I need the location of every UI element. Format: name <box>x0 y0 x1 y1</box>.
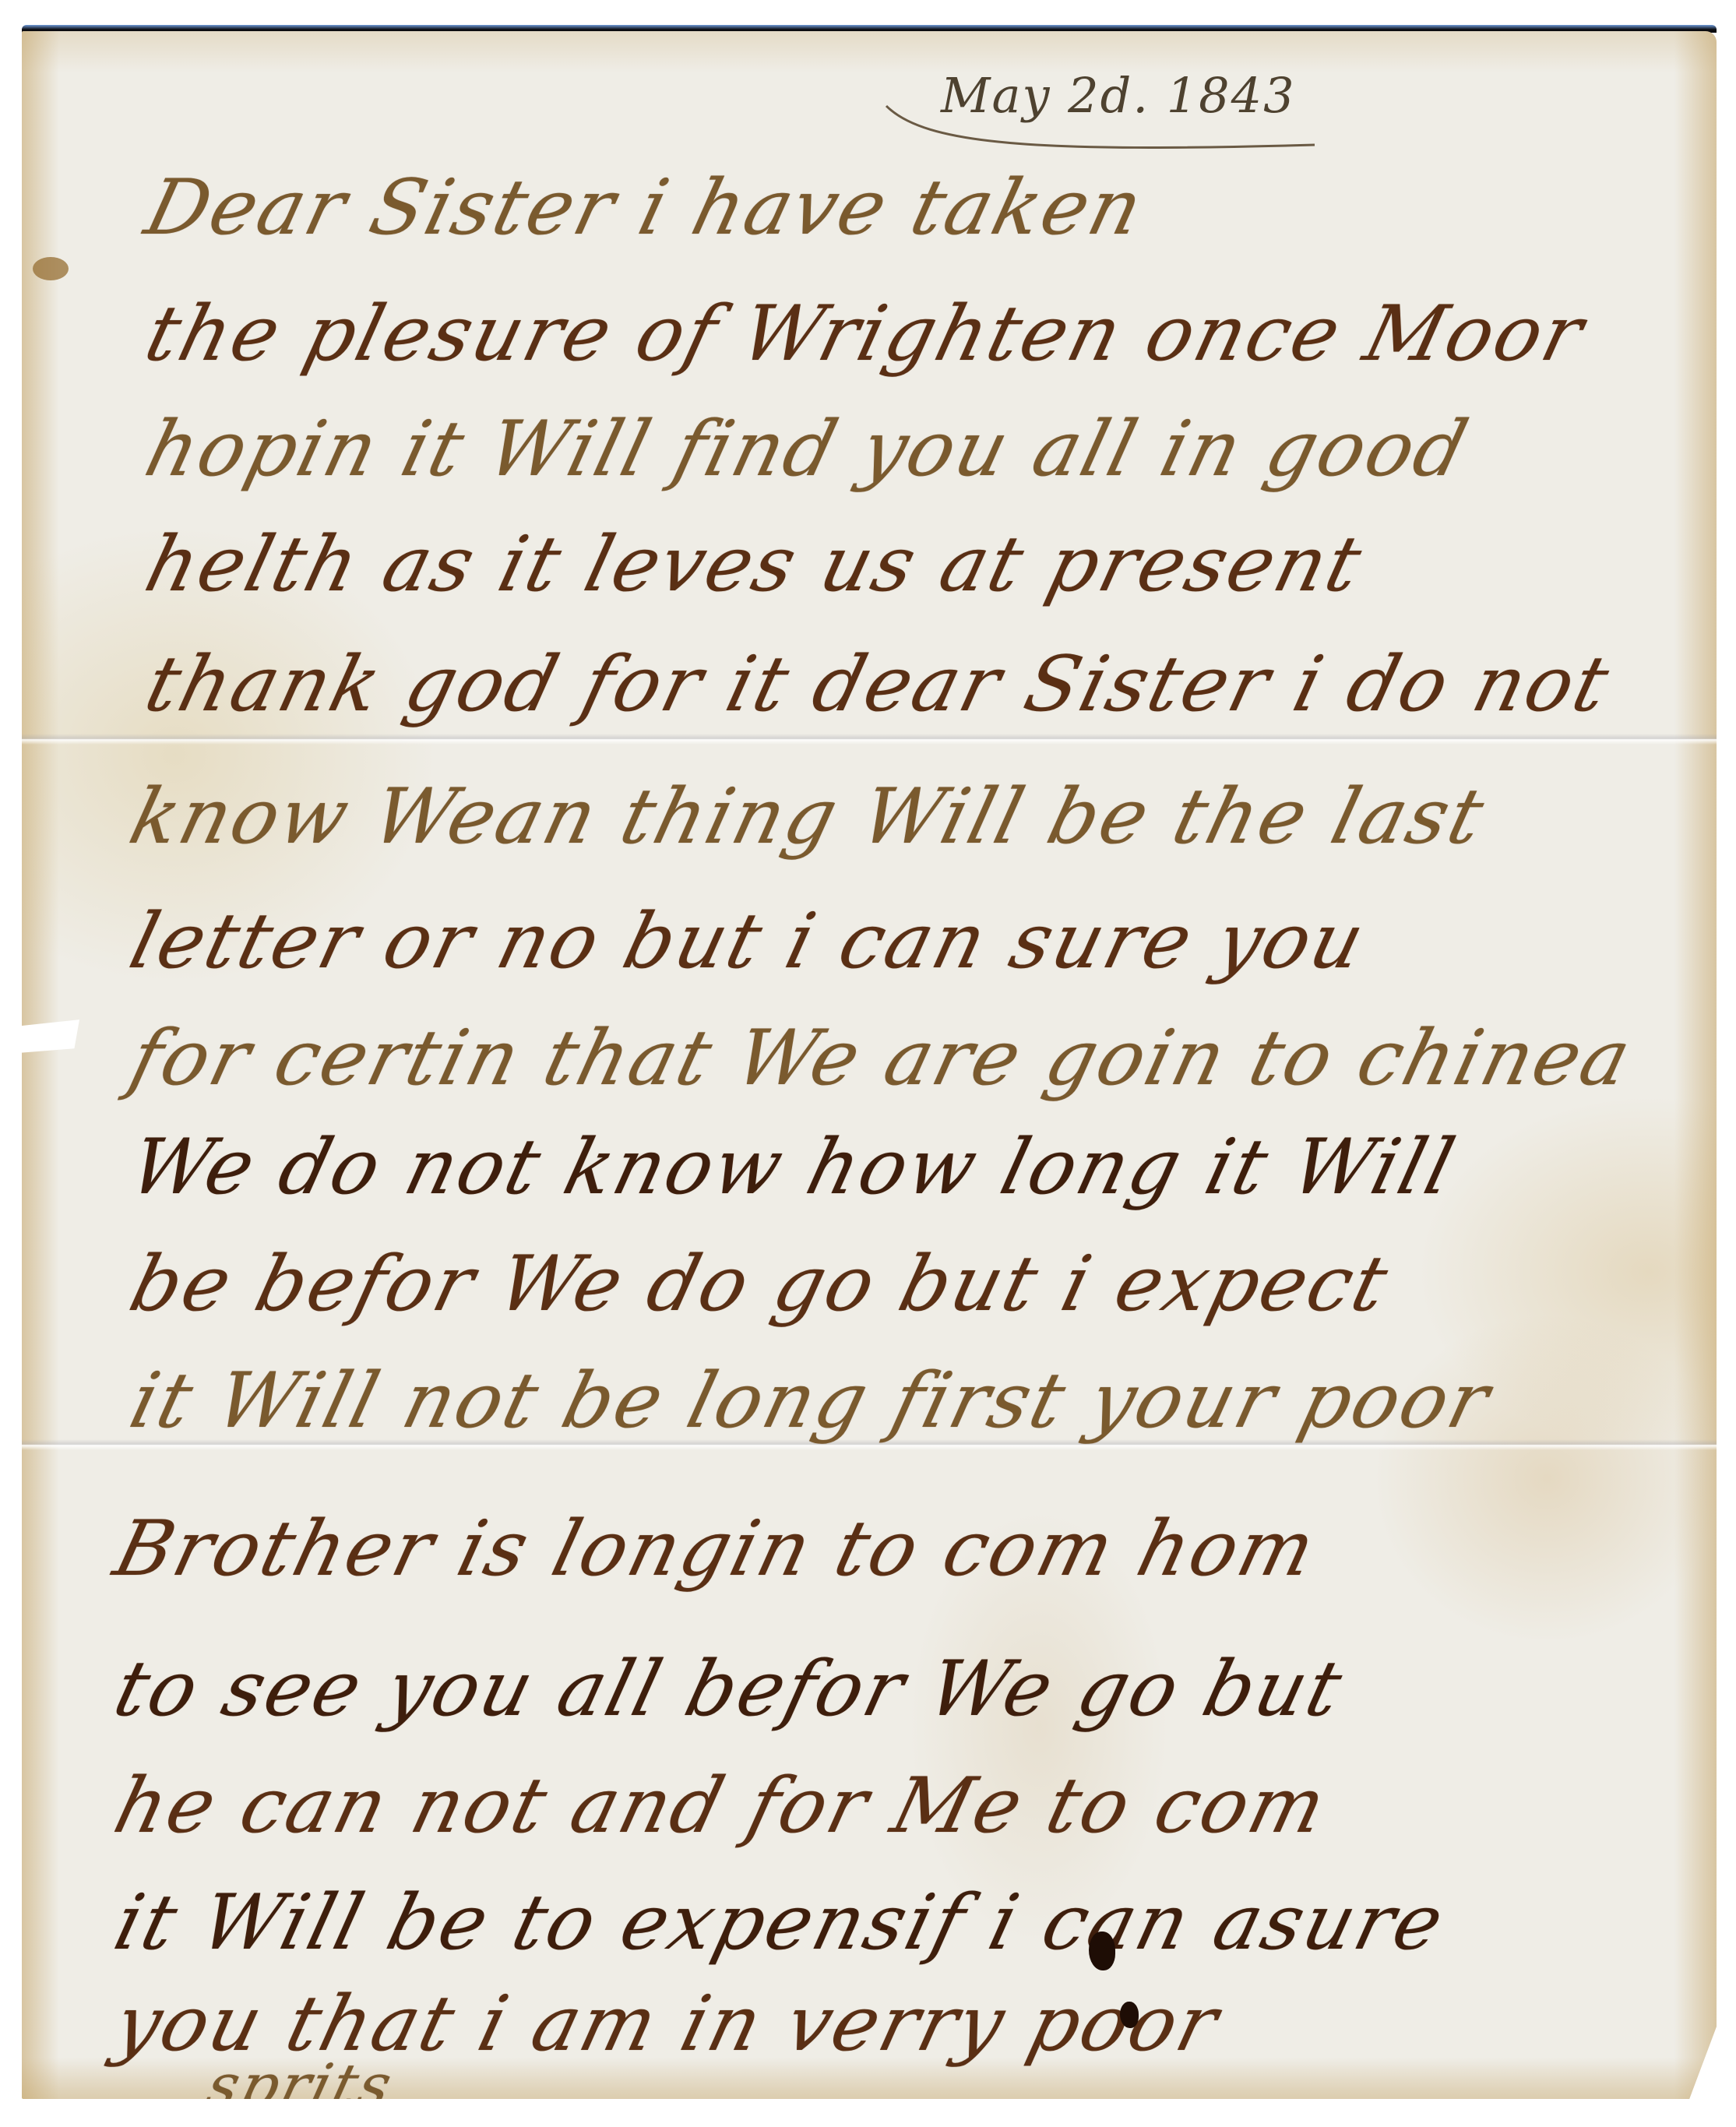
letter-line-11: it Will not be long first your poor <box>123 1363 1498 1439</box>
date-text: May 2d. 1843 <box>941 67 1296 124</box>
letter-line-14: he can not and for Me to com <box>107 1768 1334 1844</box>
letter-line-5: thank god for it dear Sister i do not <box>139 646 1618 723</box>
letter-page: May 2d. 1843 Dear Sister i have taken th… <box>22 31 1717 2099</box>
letter-line-13: to see you all befor We go but <box>107 1651 1350 1727</box>
fold-line-upper <box>22 734 1717 745</box>
letter-line-7: letter or no but i can sure you <box>123 903 1373 980</box>
ink-blot <box>1120 2002 1139 2028</box>
letter-line-2: the plesure of Wrighten once Moor <box>139 296 1592 372</box>
ink-stain <box>33 257 69 280</box>
letter-line-6: know Wean thing Will be the last <box>123 779 1492 855</box>
letter-line-17: sprits <box>201 2056 400 2115</box>
letter-line-3: hopin it Will find you all in good <box>139 411 1477 488</box>
letter-line-12: Brother is longin to com hom <box>107 1511 1324 1587</box>
ink-blot <box>1089 1932 1115 1970</box>
letter-line-4: helth as it leves us at present <box>139 526 1370 603</box>
letter-line-10: be befor We do go but i expect <box>123 1246 1396 1322</box>
letter-line-8: for certin that We are goin to chinea <box>123 1020 1639 1097</box>
letter-line-9: We do not know how long it Will <box>123 1129 1463 1206</box>
letter-line-15: it Will be to expensif i can asure <box>107 1885 1453 1961</box>
letter-line-1: Dear Sister i have taken <box>139 170 1151 246</box>
letter-date: May 2d. 1843 <box>847 59 1346 153</box>
